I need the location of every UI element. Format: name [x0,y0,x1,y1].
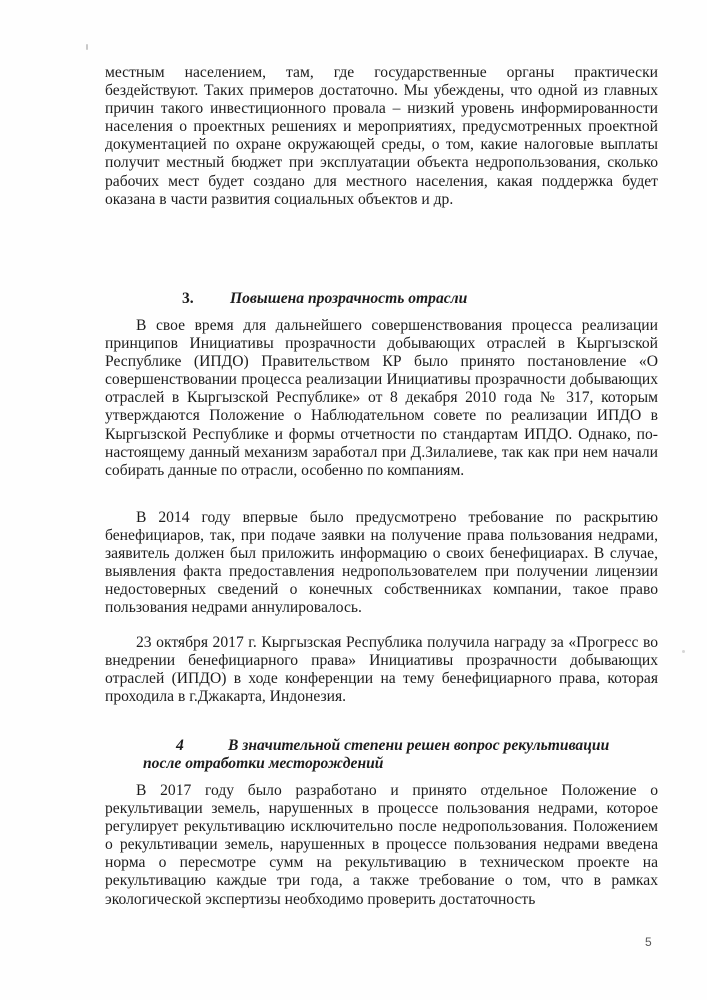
paragraph-text: 23 октября 2017 г. Кыргызская Республика… [105,634,658,706]
paragraph-text: В 2017 году было разработано и принято о… [105,782,658,909]
section-number: 3. [182,290,230,308]
section-heading-3: 3.Повышена прозрачность отрасли [182,290,467,308]
section-title-line2: после отработки месторождений [143,755,657,773]
section-number: 4 [176,737,228,755]
paragraph-recultivation-2017: В 2017 году было разработано и принято о… [105,782,658,909]
scan-artifact [682,650,685,653]
section-title-line1: В значительной степени решен вопрос реку… [228,737,609,754]
paragraph-text: В свое время для дальнейшего совершенств… [105,317,658,480]
section-heading-4: 4В значительной степени решен вопрос рек… [176,737,657,773]
page-number: 5 [645,935,652,949]
paragraph-eiti-resolution: В свое время для дальнейшего совершенств… [105,317,658,480]
document-page: местным населением, там, где государстве… [0,0,707,1000]
paragraph-text: В 2014 году впервые было предусмотрено т… [105,509,658,618]
paragraph-local-population: местным населением, там, где государстве… [105,64,658,209]
paragraph-award-2017: 23 октября 2017 г. Кыргызская Республика… [105,634,658,706]
paragraph-text: местным населением, там, где государстве… [105,64,658,209]
paragraph-beneficiaries-2014: В 2014 году впервые было предусмотрено т… [105,509,658,618]
scan-artifact [86,44,88,50]
section-title: Повышена прозрачность отрасли [230,290,467,307]
